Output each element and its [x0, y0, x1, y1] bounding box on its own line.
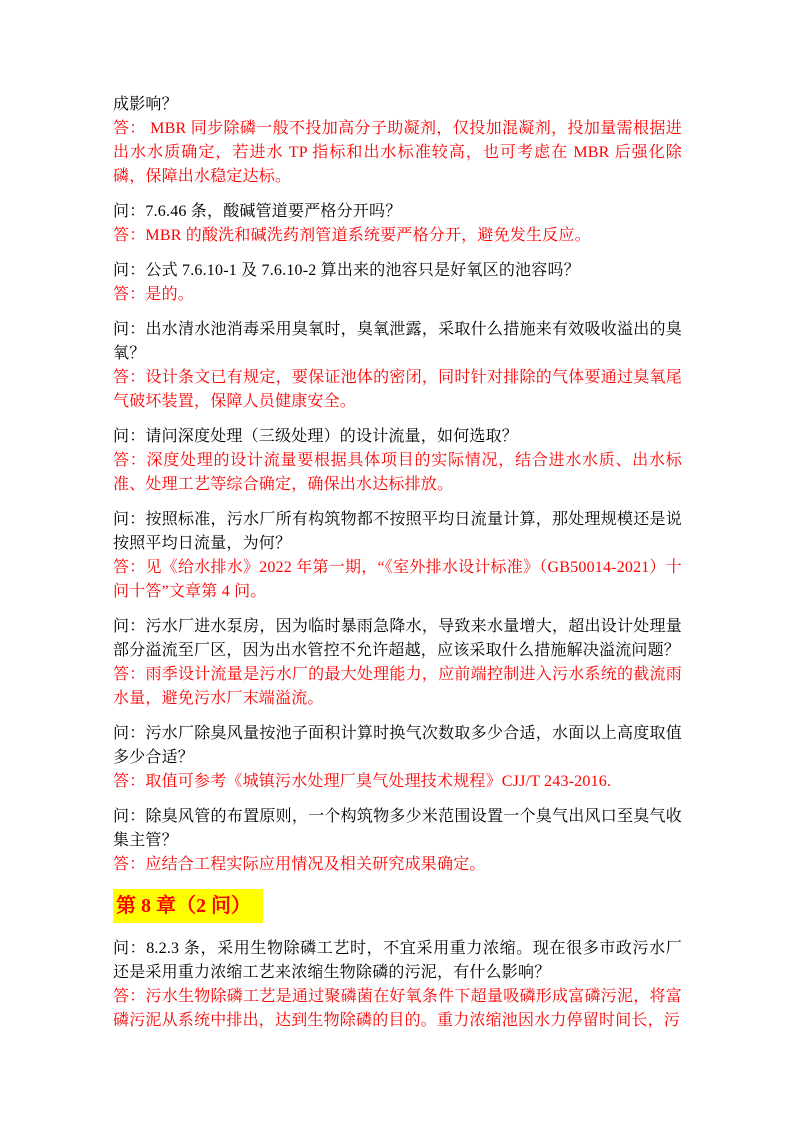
qa-block: 成影响？ 答： MBR 同步除磷一般不投加高分子助凝剂，仅投加混凝剂，投加量需根… [113, 93, 682, 189]
chapter-heading: 第 8 章（2 问） [113, 888, 682, 923]
question-text: 问：出水清水池消毒采用臭氧时，臭氧泄露，采取什么措施来有效吸收溢出的臭氧？ [113, 318, 682, 366]
question-text: 问：污水厂除臭风量按池子面积计算时换气次数取多少合适，水面以上高度取值多少合适？ [113, 722, 682, 770]
question-text: 问：污水厂进水泵房，因为临时暴雨急降水，导致来水量增大，超出设计处理量部分溢流至… [113, 615, 682, 663]
answer-text: 答： MBR 同步除磷一般不投加高分子助凝剂，仅投加混凝剂，投加量需根据进出水水… [113, 117, 682, 189]
answer-text: 答：污水生物除磷工艺是通过聚磷菌在好氧条件下超量吸磷形成富磷污泥，将富磷污泥从系… [113, 985, 682, 1033]
chapter-heading-text: 第 8 章（2 问） [113, 889, 263, 923]
answer-text: 答：取值可参考《城镇污水处理厂臭气处理技术规程》CJJ/T 243-2016. [113, 770, 682, 794]
qa-block: 问：公式 7.6.10-1 及 7.6.10-2 算出来的池容只是好氧区的池容吗… [113, 259, 682, 307]
document-page: 成影响？ 答： MBR 同步除磷一般不投加高分子助凝剂，仅投加混凝剂，投加量需根… [0, 0, 794, 1123]
qa-block: 问：请问深度处理（三级处理）的设计流量，如何选取？ 答：深度处理的设计流量要根据… [113, 425, 682, 497]
answer-text: 答：深度处理的设计流量要根据具体项目的实际情况，结合进水水质、出水标准、处理工艺… [113, 449, 682, 497]
answer-text: 答：设计条文已有规定，要保证池体的密闭，同时针对排除的气体要通过臭氧尾气破坏装置… [113, 366, 682, 414]
question-text: 问：按照标准，污水厂所有构筑物都不按照平均日流量计算，那处理规模还是说按照平均日… [113, 508, 682, 556]
answer-text: 答：是的。 [113, 283, 682, 307]
answer-text: 答：MBR 的酸洗和碱洗药剂管道系统要严格分开，避免发生反应。 [113, 224, 682, 248]
question-text: 问：8.2.3 条，采用生物除磷工艺时，不宜采用重力浓缩。现在很多市政污水厂还是… [113, 937, 682, 985]
question-text: 问：公式 7.6.10-1 及 7.6.10-2 算出来的池容只是好氧区的池容吗… [113, 259, 682, 283]
qa-block: 问：出水清水池消毒采用臭氧时，臭氧泄露，采取什么措施来有效吸收溢出的臭氧？ 答：… [113, 318, 682, 414]
question-text: 问：除臭风管的布置原则，一个构筑物多少米范围设置一个臭气出风口至臭气收集主管？ [113, 805, 682, 853]
question-text: 成影响？ [113, 93, 682, 117]
answer-text: 答：见《给水排水》2022 年第一期，“《室外排水设计标准》（GB50014-2… [113, 556, 682, 604]
answer-text: 答：应结合工程实际应用情况及相关研究成果确定。 [113, 853, 682, 877]
question-text: 问：请问深度处理（三级处理）的设计流量，如何选取？ [113, 425, 682, 449]
qa-block: 问：7.6.46 条，酸碱管道要严格分开吗？ 答：MBR 的酸洗和碱洗药剂管道系… [113, 200, 682, 248]
answer-text: 答：雨季设计流量是污水厂的最大处理能力，应前端控制进入污水系统的截流雨水量，避免… [113, 663, 682, 711]
qa-block: 问：按照标准，污水厂所有构筑物都不按照平均日流量计算，那处理规模还是说按照平均日… [113, 508, 682, 604]
qa-block: 问：污水厂进水泵房，因为临时暴雨急降水，导致来水量增大，超出设计处理量部分溢流至… [113, 615, 682, 711]
qa-block: 问：除臭风管的布置原则，一个构筑物多少米范围设置一个臭气出风口至臭气收集主管？ … [113, 805, 682, 877]
qa-block: 问：8.2.3 条，采用生物除磷工艺时，不宜采用重力浓缩。现在很多市政污水厂还是… [113, 937, 682, 1033]
qa-block: 问：污水厂除臭风量按池子面积计算时换气次数取多少合适，水面以上高度取值多少合适？… [113, 722, 682, 794]
question-text: 问：7.6.46 条，酸碱管道要严格分开吗？ [113, 200, 682, 224]
